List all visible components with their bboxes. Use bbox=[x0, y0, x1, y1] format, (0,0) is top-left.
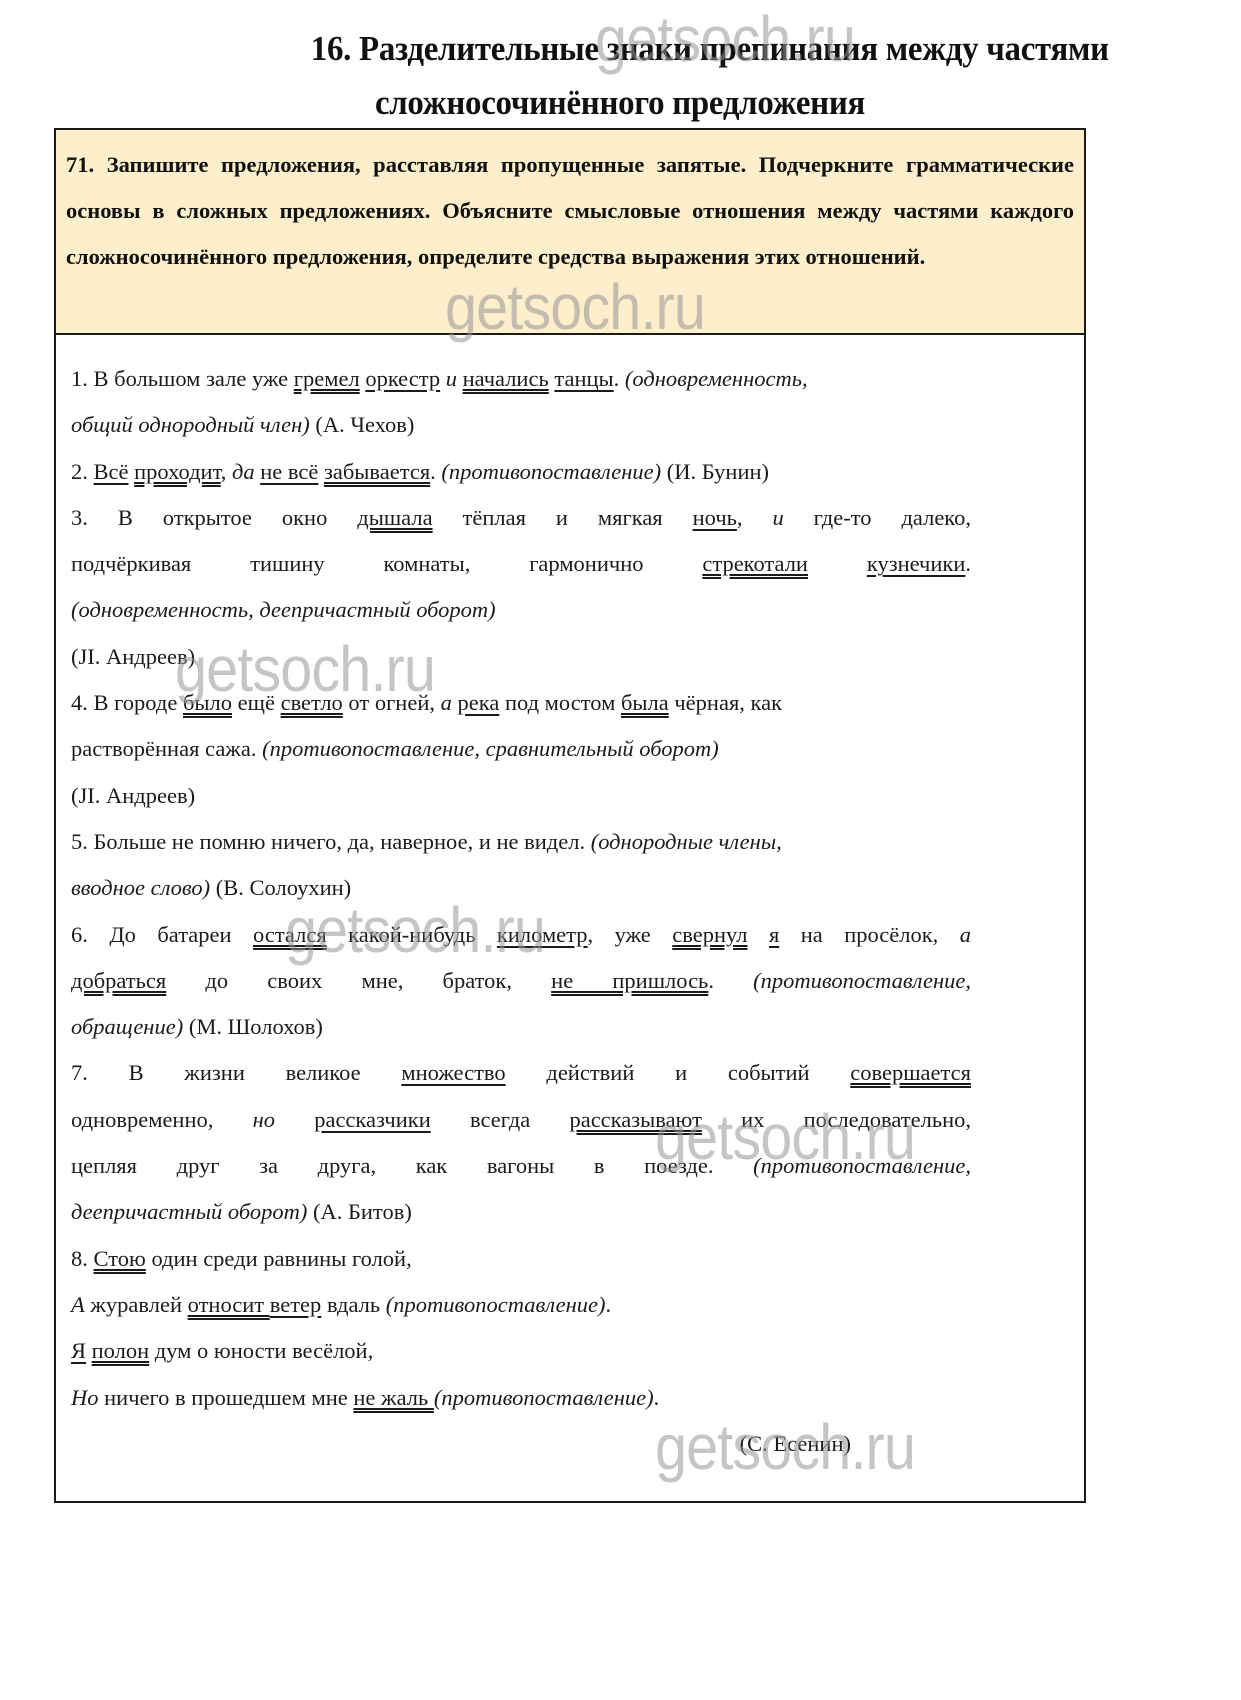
sentence-text: (А. Битов) bbox=[307, 1199, 411, 1224]
exercise-frame: 71. Запишите предложения, расставляя про… bbox=[54, 128, 1086, 1503]
sentence-text: под мостом bbox=[499, 690, 621, 715]
subject-text: оркестр bbox=[365, 366, 440, 391]
predicate-text: начались bbox=[463, 366, 549, 391]
predicate-text: проходит bbox=[134, 459, 221, 484]
answer-line: 7. В жизни великое множество действий и … bbox=[71, 1050, 971, 1096]
sentence-text: до своих мне, браток, bbox=[166, 968, 551, 993]
sentence-text: подчёркивая тишину комнаты, гармонично bbox=[71, 551, 702, 576]
sentence-text: ничего в прошедшем мне bbox=[99, 1385, 354, 1410]
sentence-text: (JI. Андреев) bbox=[71, 644, 195, 669]
predicate-text: светло bbox=[281, 690, 343, 715]
sentence-text: ещё bbox=[232, 690, 281, 715]
predicate-text: свернул bbox=[672, 922, 747, 947]
italic-note: обращение) bbox=[71, 1014, 183, 1039]
answer-line: (JI. Андреев) bbox=[71, 634, 971, 680]
italic-note: (противопоставление, bbox=[753, 1153, 971, 1178]
sentence-text: их последовательно, bbox=[702, 1107, 971, 1132]
subject-text: ветер bbox=[270, 1292, 322, 1317]
sentence-text: чёрная, как bbox=[669, 690, 782, 715]
italic-note: Но bbox=[71, 1385, 99, 1410]
answer-line: 6. До батареи остался какой-нибудь килом… bbox=[71, 912, 971, 958]
italic-note: и bbox=[446, 366, 457, 391]
sentence-text: 1. В большом зале уже bbox=[71, 366, 294, 391]
sentence-text bbox=[808, 551, 867, 576]
sentence-text: 4. В городе bbox=[71, 690, 183, 715]
sentence-text: одновременно, bbox=[71, 1107, 253, 1132]
sentence-text: на просёлок, bbox=[779, 922, 959, 947]
answer-line: А журавлей относит ветер вдаль (противоп… bbox=[71, 1282, 971, 1328]
predicate-text: не жаль bbox=[353, 1385, 434, 1410]
predicate-text: совершается bbox=[850, 1060, 971, 1085]
sentence-text: какой-нибудь bbox=[327, 922, 497, 947]
task-text: 71. Запишите предложения, расставляя про… bbox=[66, 142, 1074, 280]
sentence-text: журавлей bbox=[85, 1292, 188, 1317]
sentence-text: (А. Чехов) bbox=[310, 412, 415, 437]
sentence-text: (С. Есенин) bbox=[740, 1431, 851, 1456]
subject-text: ночь bbox=[693, 505, 737, 530]
answer-line: одновременно, но рассказчики всегда расс… bbox=[71, 1097, 971, 1143]
answer-line: (JI. Андреев) bbox=[71, 773, 971, 819]
sentence-text: , bbox=[221, 459, 232, 484]
sentence-text bbox=[275, 1107, 314, 1132]
sentence-text: действий и событий bbox=[506, 1060, 851, 1085]
sentence-text: тёплая и мягкая bbox=[433, 505, 693, 530]
italic-note: (противопоставление) bbox=[386, 1292, 606, 1317]
italic-note: вводное слово) bbox=[71, 875, 210, 900]
italic-note: но bbox=[253, 1107, 275, 1132]
subject-text: множество bbox=[401, 1060, 505, 1085]
answer-line: Но ничего в прошедшем мне не жаль (проти… bbox=[71, 1375, 971, 1421]
answer-line: цепляя друг за друга, как вагоны в поезд… bbox=[71, 1143, 971, 1189]
sentence-text: 6. До батареи bbox=[71, 922, 253, 947]
italic-note: и bbox=[772, 505, 783, 530]
subject-text: Я bbox=[71, 1338, 86, 1363]
answer-line: 2. Всё проходит, да не всё забывается. (… bbox=[71, 449, 971, 495]
sentence-text: . bbox=[965, 551, 971, 576]
answer-line: (одновременность, деепричастный оборот) bbox=[71, 587, 971, 633]
answer-list: 1. В большом зале уже гремел оркестр и н… bbox=[71, 356, 971, 1467]
section-title-line-1: 16. Разделительные знаки препинания межд… bbox=[131, 22, 1109, 76]
italic-note: (одновременность, bbox=[625, 366, 808, 391]
sentence-text: . bbox=[606, 1292, 612, 1317]
predicate-text: забывается bbox=[324, 459, 430, 484]
answer-line: 5. Больше не помню ничего, да, наверное,… bbox=[71, 819, 971, 865]
predicate-text: не пришлось bbox=[551, 968, 708, 993]
subject-text: кузнечики bbox=[867, 551, 966, 576]
sentence-text: . bbox=[708, 968, 753, 993]
predicate-text: было bbox=[183, 690, 232, 715]
italic-note: (противопоставление) bbox=[441, 459, 661, 484]
predicate-text: добраться bbox=[71, 968, 166, 993]
sentence-text: всегда bbox=[431, 1107, 570, 1132]
predicate-text: рассказывают bbox=[569, 1107, 701, 1132]
italic-note: (противопоставление, bbox=[753, 968, 971, 993]
predicate-text: полон bbox=[92, 1338, 150, 1363]
section-title: 16. Разделительные знаки препинания межд… bbox=[131, 22, 1109, 130]
italic-note: а bbox=[441, 690, 452, 715]
sentence-text: . bbox=[430, 459, 441, 484]
answer-line: 8. Стою один среди равнины голой, bbox=[71, 1236, 971, 1282]
sentence-text: цепляя друг за друга, как вагоны в поезд… bbox=[71, 1153, 753, 1178]
answer-line: 3. В открытое окно дышала тёплая и мягка… bbox=[71, 495, 971, 541]
answer-line: обращение) (М. Шолохов) bbox=[71, 1004, 971, 1050]
subject-text: танцы bbox=[554, 366, 613, 391]
answer-line: подчёркивая тишину комнаты, гармонично с… bbox=[71, 541, 971, 587]
answer-line: деепричастный оборот) (А. Битов) bbox=[71, 1189, 971, 1235]
sentence-text: . bbox=[614, 366, 625, 391]
sentence-text: (В. Солоухин) bbox=[210, 875, 351, 900]
sentence-text: вдаль bbox=[321, 1292, 385, 1317]
sentence-text: (И. Бунин) bbox=[661, 459, 769, 484]
italic-note: (противопоставление) bbox=[434, 1385, 654, 1410]
sentence-text: 8. bbox=[71, 1246, 94, 1271]
subject-text: Всё bbox=[94, 459, 129, 484]
sentence-text: . bbox=[654, 1385, 660, 1410]
sentence-text: 5. Больше не помню ничего, да, наверное,… bbox=[71, 829, 591, 854]
sentence-text: 2. bbox=[71, 459, 94, 484]
answer-line: общий однородный член) (А. Чехов) bbox=[71, 402, 971, 448]
italic-note: (противопоставление, сравнительный оборо… bbox=[262, 736, 719, 761]
predicate-text: была bbox=[621, 690, 669, 715]
section-title-line-2: сложносочинённого предложения bbox=[131, 76, 1109, 130]
answer-line: вводное слово) (В. Солоухин) bbox=[71, 865, 971, 911]
answer-line: растворённая сажа. (противопоставление, … bbox=[71, 726, 971, 772]
italic-note: (однородные члены, bbox=[591, 829, 782, 854]
sentence-text: , уже bbox=[588, 922, 673, 947]
predicate-text: гремел bbox=[294, 366, 360, 391]
predicate-text: Стою bbox=[94, 1246, 146, 1271]
sentence-text: , bbox=[737, 505, 773, 530]
predicate-text: относит bbox=[188, 1292, 270, 1317]
predicate-text: дышала bbox=[357, 505, 432, 530]
subject-text: я bbox=[769, 922, 779, 947]
answer-line: добраться до своих мне, браток, не пришл… bbox=[71, 958, 971, 1004]
sentence-text: от огней, bbox=[343, 690, 441, 715]
answer-line: 1. В большом зале уже гремел оркестр и н… bbox=[71, 356, 971, 402]
sentence-text: растворённая сажа. bbox=[71, 736, 262, 761]
sentence-text: где-то далеко, bbox=[784, 505, 971, 530]
subject-text: не всё bbox=[260, 459, 318, 484]
subject-text: километр bbox=[497, 922, 588, 947]
sentence-text: 7. В жизни великое bbox=[71, 1060, 401, 1085]
italic-note: (одновременность, деепричастный оборот) bbox=[71, 597, 496, 622]
subject-text: река bbox=[458, 690, 500, 715]
predicate-text: стрекотали bbox=[702, 551, 808, 576]
sentence-text: дум о юности весёлой, bbox=[149, 1338, 373, 1363]
predicate-text: остался bbox=[253, 922, 327, 947]
sentence-text bbox=[747, 922, 768, 947]
italic-note: а bbox=[960, 922, 971, 947]
answer-line: 4. В городе было ещё светло от огней, а … bbox=[71, 680, 971, 726]
answer-line: Я полон дум о юности весёлой, bbox=[71, 1328, 971, 1374]
task-box: 71. Запишите предложения, расставляя про… bbox=[56, 130, 1084, 335]
italic-note: деепричастный оборот) bbox=[71, 1199, 307, 1224]
sentence-text: 3. В открытое окно bbox=[71, 505, 357, 530]
sentence-text: (М. Шолохов) bbox=[183, 1014, 323, 1039]
italic-note: общий однородный член) bbox=[71, 412, 310, 437]
italic-note: А bbox=[71, 1292, 85, 1317]
subject-text: рассказчики bbox=[314, 1107, 431, 1132]
italic-note: да bbox=[232, 459, 255, 484]
sentence-text: (JI. Андреев) bbox=[71, 783, 195, 808]
sentence-text: один среди равнины голой, bbox=[146, 1246, 412, 1271]
answer-line: (С. Есенин) bbox=[71, 1421, 971, 1467]
